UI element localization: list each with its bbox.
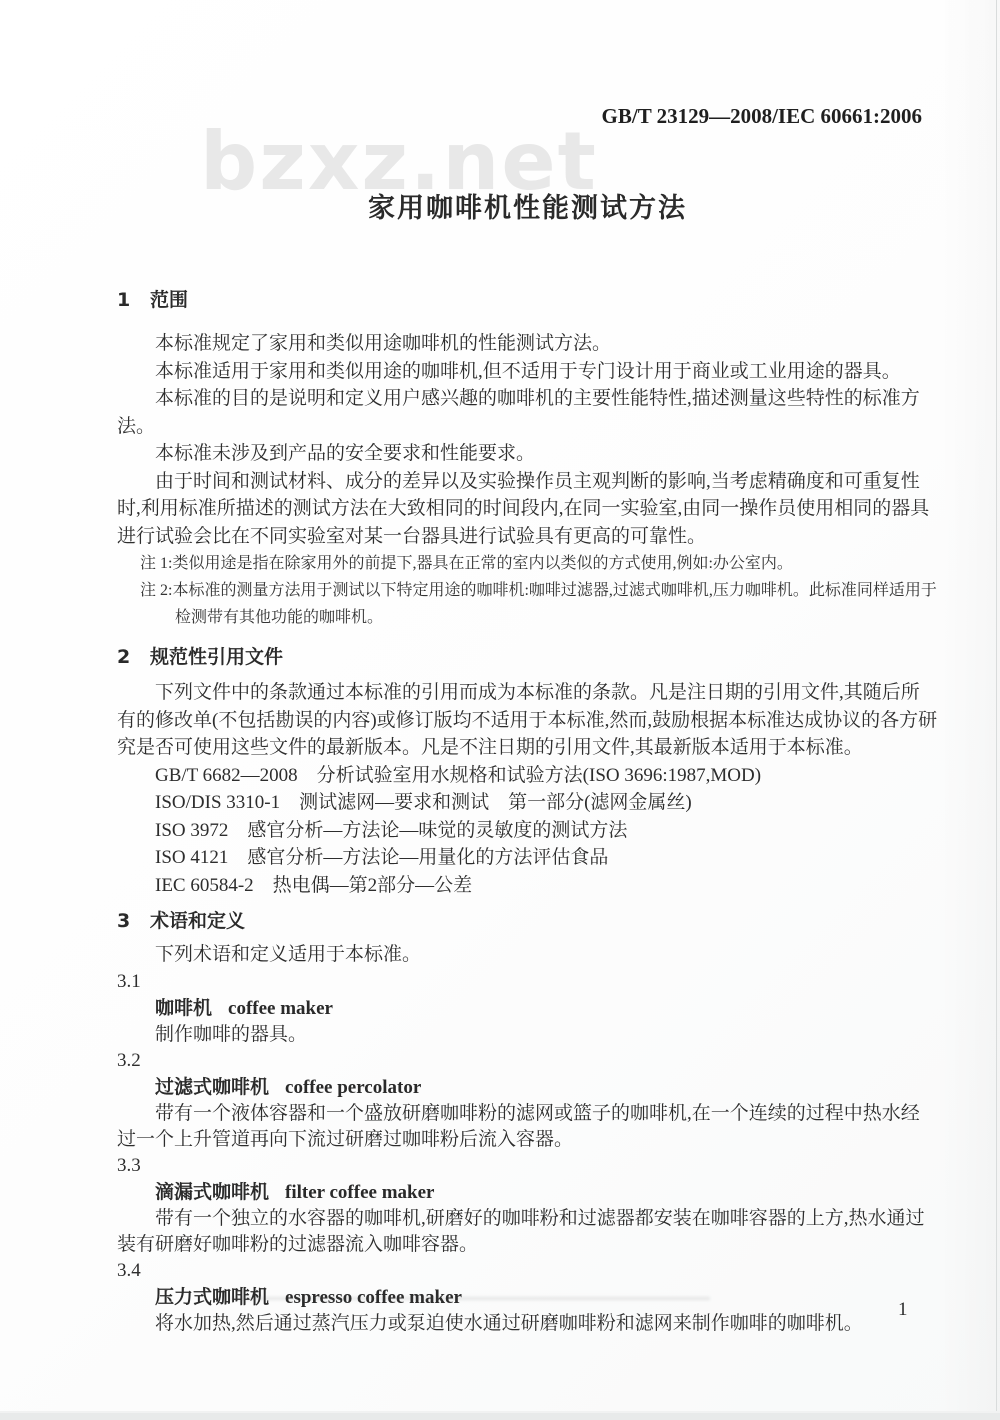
term-definition: 将水加热,然后通过蒸汽压力或泵迫使水通过研磨咖啡粉和滤网来制作咖啡的咖啡机。 <box>117 1311 938 1337</box>
term-definition: 带有一个独立的水容器的咖啡机,研磨好的咖啡粉和过滤器都安装在咖啡容器的上方,热水… <box>117 1206 938 1258</box>
scan-edge-bottom <box>0 1411 1000 1420</box>
reference-item: ISO 3972 感官分析—方法论—味觉的灵敏度的测试方法 <box>117 817 938 845</box>
section-1-heading: 1范围 <box>117 286 938 314</box>
note-2: 注 2:本标准的测量方法用于测试以下特定用途的咖啡机:咖啡过滤器,过滤式咖啡机,… <box>117 577 938 631</box>
term-definition: 制作咖啡的器具。 <box>117 1022 938 1048</box>
section-2-body: 下列文件中的条款通过本标准的引用而成为本标准的条款。凡是注日期的引用文件,其随后… <box>117 679 938 899</box>
section-3-number: 3 <box>117 907 150 935</box>
term-number: 3.3 <box>117 1153 938 1179</box>
scanned-document-page: bzxz.net GB/T 23129—2008/IEC 60661:2006 … <box>0 0 1000 1420</box>
page-number: 1 <box>898 1299 908 1321</box>
scan-edge-line <box>996 0 997 1420</box>
section-1-name: 范围 <box>150 289 188 311</box>
scan-edge-shade <box>940 0 1000 1420</box>
term-entry: 3.3 滴漏式咖啡机filter coffee maker 带有一个独立的水容器… <box>117 1153 938 1258</box>
term-name-zh: 咖啡机 <box>155 997 212 1019</box>
term-name: 咖啡机coffee maker <box>117 995 938 1022</box>
reference-item: IEC 60584-2 热电偶—第2部分—公差 <box>117 872 938 900</box>
document-title: 家用咖啡机性能测试方法 <box>117 190 938 228</box>
paragraph: 本标准规定了家用和类似用途咖啡机的性能测试方法。 <box>117 330 938 358</box>
term-entry: 3.2 过滤式咖啡机coffee percolator 带有一个液体容器和一个盛… <box>117 1048 938 1153</box>
term-name-zh: 过滤式咖啡机 <box>155 1076 269 1098</box>
paragraph: 本标准未涉及到产品的安全要求和性能要求。 <box>117 440 938 468</box>
section-3-body: 下列术语和定义适用于本标准。 3.1 咖啡机coffee maker 制作咖啡的… <box>117 941 938 1337</box>
paragraph: 下列术语和定义适用于本标准。 <box>117 941 938 969</box>
term-entry: 3.1 咖啡机coffee maker 制作咖啡的器具。 <box>117 969 938 1048</box>
section-2-number: 2 <box>117 643 150 671</box>
term-name-en: coffee percolator <box>285 1077 421 1098</box>
reference-item: ISO 4121 感官分析—方法论—用量化的方法评估食品 <box>117 844 938 872</box>
term-number: 3.4 <box>117 1258 938 1284</box>
term-name-en: coffee maker <box>228 998 333 1019</box>
paragraph: 由于时间和测试材料、成分的差异以及实验操作员主观判断的影响,当考虑精确度和可重复… <box>117 468 938 551</box>
section-1-number: 1 <box>117 286 150 314</box>
scan-bleed-artifact <box>230 1297 710 1300</box>
section-3-name: 术语和定义 <box>150 910 245 932</box>
section-1-body: 本标准规定了家用和类似用途咖啡机的性能测试方法。 本标准适用于家用和类似用途的咖… <box>117 330 938 631</box>
term-number: 3.2 <box>117 1048 938 1074</box>
standard-code-header: GB/T 23129—2008/IEC 60661:2006 <box>117 0 938 128</box>
section-2-heading: 2规范性引用文件 <box>117 643 938 671</box>
paragraph: 本标准的目的是说明和定义用户感兴趣的咖啡机的主要性能特性,描述测量这些特性的标准… <box>117 385 938 440</box>
term-name-zh: 滴漏式咖啡机 <box>155 1181 269 1203</box>
term-name: 滴漏式咖啡机filter coffee maker <box>117 1179 938 1206</box>
reference-item: GB/T 6682—2008 分析试验室用水规格和试验方法(ISO 3696:1… <box>117 762 938 790</box>
paragraph: 下列文件中的条款通过本标准的引用而成为本标准的条款。凡是注日期的引用文件,其随后… <box>117 679 938 762</box>
term-number: 3.1 <box>117 969 938 995</box>
section-3-heading: 3术语和定义 <box>117 907 938 935</box>
term-name: 过滤式咖啡机coffee percolator <box>117 1074 938 1101</box>
reference-item: ISO/DIS 3310-1 测试滤网—要求和测试 第一部分(滤网金属丝) <box>117 789 938 817</box>
note-1: 注 1:类似用途是指在除家用外的前提下,器具在正常的室内以类似的方式使用,例如:… <box>117 550 938 577</box>
page-content: GB/T 23129—2008/IEC 60661:2006 家用咖啡机性能测试… <box>117 0 938 1337</box>
paragraph: 本标准适用于家用和类似用途的咖啡机,但不适用于专门设计用于商业或工业用途的器具。 <box>117 358 938 386</box>
term-name-en: filter coffee maker <box>285 1182 434 1203</box>
section-2-name: 规范性引用文件 <box>150 646 283 668</box>
term-definition: 带有一个液体容器和一个盛放研磨咖啡粉的滤网或篮子的咖啡机,在一个连续的过程中热水… <box>117 1101 938 1153</box>
